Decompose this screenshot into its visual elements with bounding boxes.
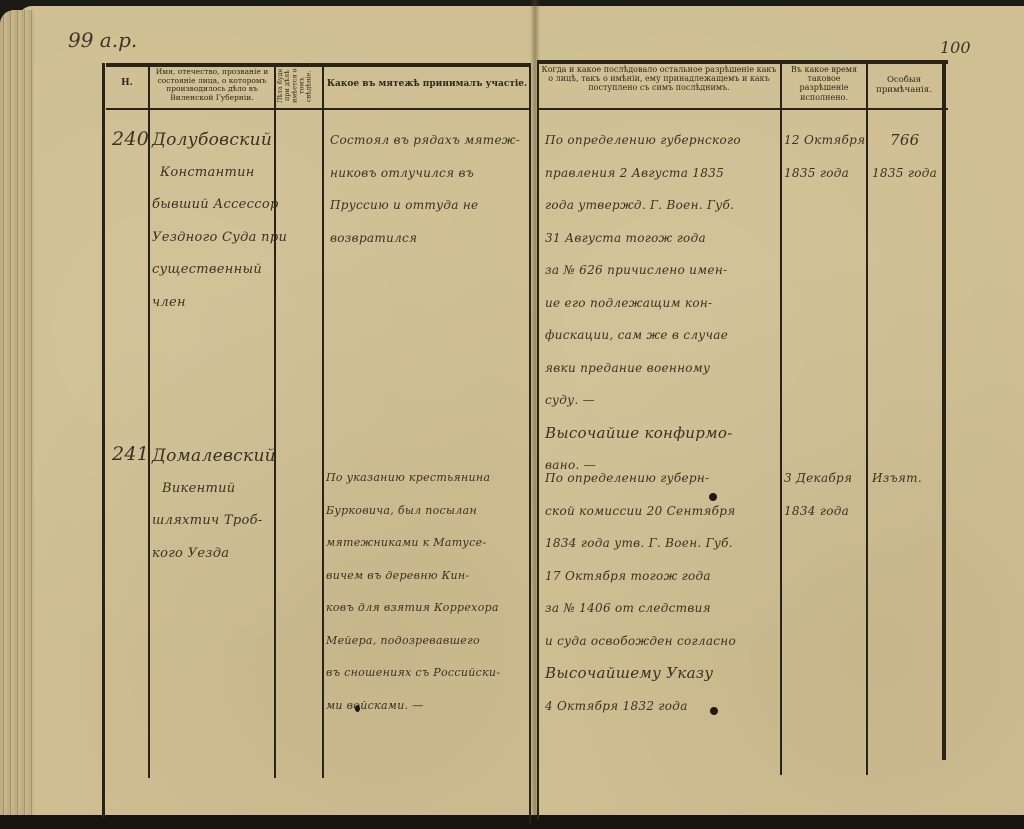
surname: Долубовский — [152, 124, 287, 157]
left-outer-rule — [102, 63, 105, 818]
text-line: Мейера, подозревавшего — [326, 625, 500, 658]
text-line: Бурковича, был посылан — [326, 495, 500, 528]
text-line: 1835 года — [872, 157, 937, 190]
text-line: 31 Августа тогож года — [545, 222, 741, 255]
name-detail: кого Уезда — [152, 538, 276, 571]
text-line: ие его подлежащим кон- — [545, 287, 741, 320]
text-line: Состоял въ рядахъ мятеж- — [330, 124, 520, 157]
binding-hole-mark — [709, 493, 717, 501]
text-line: ской комиссии 20 Сентября — [545, 495, 736, 528]
entry-participation: Состоял въ рядахъ мятеж- никовъ отлучилс… — [330, 124, 520, 254]
text-line: 1835 года — [784, 157, 865, 190]
surname: Домалевский — [152, 440, 276, 473]
name-detail: Уездного Суда при — [152, 222, 287, 255]
folio-number-right: 100 — [940, 38, 971, 57]
text-line: Высочайшему Указу — [545, 657, 736, 690]
given-name: Константин — [152, 157, 287, 190]
text-line: Изъят. — [872, 462, 922, 495]
right-outer-rule — [942, 60, 946, 760]
entry-remarks: Изъят. — [872, 462, 922, 495]
text-line: 3 Декабря — [784, 462, 852, 495]
entry-remarks: 766 1835 года — [872, 124, 937, 189]
text-line: ми войсками. — — [326, 690, 500, 723]
text-line: за № 626 причислено имен- — [545, 254, 741, 287]
page-edges — [0, 10, 34, 815]
given-name: Викентий — [152, 473, 276, 506]
col-rule-executed — [866, 60, 868, 775]
header-remarks: Особыя примѣчанія. — [868, 76, 940, 96]
header-decision: Когда и какое послѣдовало остальное разр… — [539, 65, 779, 93]
name-detail: существенный — [152, 254, 287, 287]
text-line: 766 — [872, 124, 937, 157]
name-detail: шляхтич Троб- — [152, 505, 276, 538]
text-line: возвратился — [330, 222, 520, 255]
entry-name: Долубовский Константин бывший Ассессор У… — [152, 124, 287, 319]
col-rule-estate — [322, 63, 324, 778]
text-line: суду. — — [545, 384, 741, 417]
header-participation: Какое въ мятежѣ принималъ участіе. — [325, 79, 529, 89]
text-line: въ сношениях съ Российски- — [326, 657, 500, 690]
book-gutter — [530, 0, 540, 829]
text-line: ковъ для взятия Коррехора — [326, 592, 500, 625]
binding-hole-mark — [710, 707, 718, 715]
name-detail: член — [152, 287, 287, 320]
text-line: никовъ отлучился въ — [330, 157, 520, 190]
entry-name: Домалевский Викентий шляхтич Троб- кого … — [152, 440, 276, 570]
right-inner-rule — [537, 60, 539, 820]
text-line: года утвержд. Г. Воен. Губ. — [545, 189, 741, 222]
text-line: и суда освобожден согласно — [545, 625, 736, 658]
text-line: правления 2 Августа 1835 — [545, 157, 741, 190]
name-detail: бывший Ассессор — [152, 189, 287, 222]
entry-executed: 3 Декабря 1834 года — [784, 462, 852, 527]
text-line: 1834 года — [784, 495, 852, 528]
header-name: Имя, отечество, прозваніе и состояніе ли… — [151, 68, 273, 103]
text-line: Пруссию и оттуда не — [330, 189, 520, 222]
text-line: Высочайше конфирмо- — [545, 417, 741, 450]
entry-number: 241 — [112, 443, 149, 465]
folio-note-left: 99 a.p. — [68, 28, 137, 52]
left-header-bottom-rule — [106, 108, 530, 110]
text-line: вичем въ деревню Кин- — [326, 560, 500, 593]
left-inner-rule — [529, 63, 531, 823]
entry-participation: По указанию крестьянина Бурковича, был п… — [326, 462, 500, 722]
text-line: 17 Октября тогож года — [545, 560, 736, 593]
text-line: явки предание военному — [545, 352, 741, 385]
text-line: По определению губернского — [545, 124, 741, 157]
right-top-rule — [538, 60, 948, 64]
header-executed: Въ какое время таковое разрѣшеніе исполн… — [782, 65, 866, 102]
ink-blot — [355, 705, 360, 712]
text-line: По определению губерн- — [545, 462, 736, 495]
header-number: Н. — [106, 78, 148, 88]
text-line: мятежниками к Матусе- — [326, 527, 500, 560]
text-line: По указанию крестьянина — [326, 462, 500, 495]
entry-decision: По определению губерн- ской комиссии 20 … — [545, 462, 736, 722]
col-rule-decision — [780, 60, 782, 775]
text-line: 12 Октября — [784, 124, 865, 157]
text-line: 4 Октября 1832 года — [545, 690, 736, 723]
header-estate: Лѣта буде при дѣлѣ имѣется о томъ свѣдѣн… — [277, 66, 320, 106]
text-line: за № 1406 от следствия — [545, 592, 736, 625]
right-header-bottom-rule — [538, 108, 948, 110]
entry-number: 240 — [112, 128, 149, 150]
bottom-edge — [0, 815, 1024, 829]
open-ledger-book: 99 a.p. 100 Н. Имя, отечество, прозваніе… — [0, 0, 1024, 829]
text-line: фискации, сам же в случае — [545, 319, 741, 352]
entry-executed: 12 Октября 1835 года — [784, 124, 865, 189]
col-rule-number — [148, 63, 150, 778]
text-line: 1834 года утв. Г. Воен. Губ. — [545, 527, 736, 560]
entry-decision: По определению губернского правления 2 А… — [545, 124, 741, 482]
